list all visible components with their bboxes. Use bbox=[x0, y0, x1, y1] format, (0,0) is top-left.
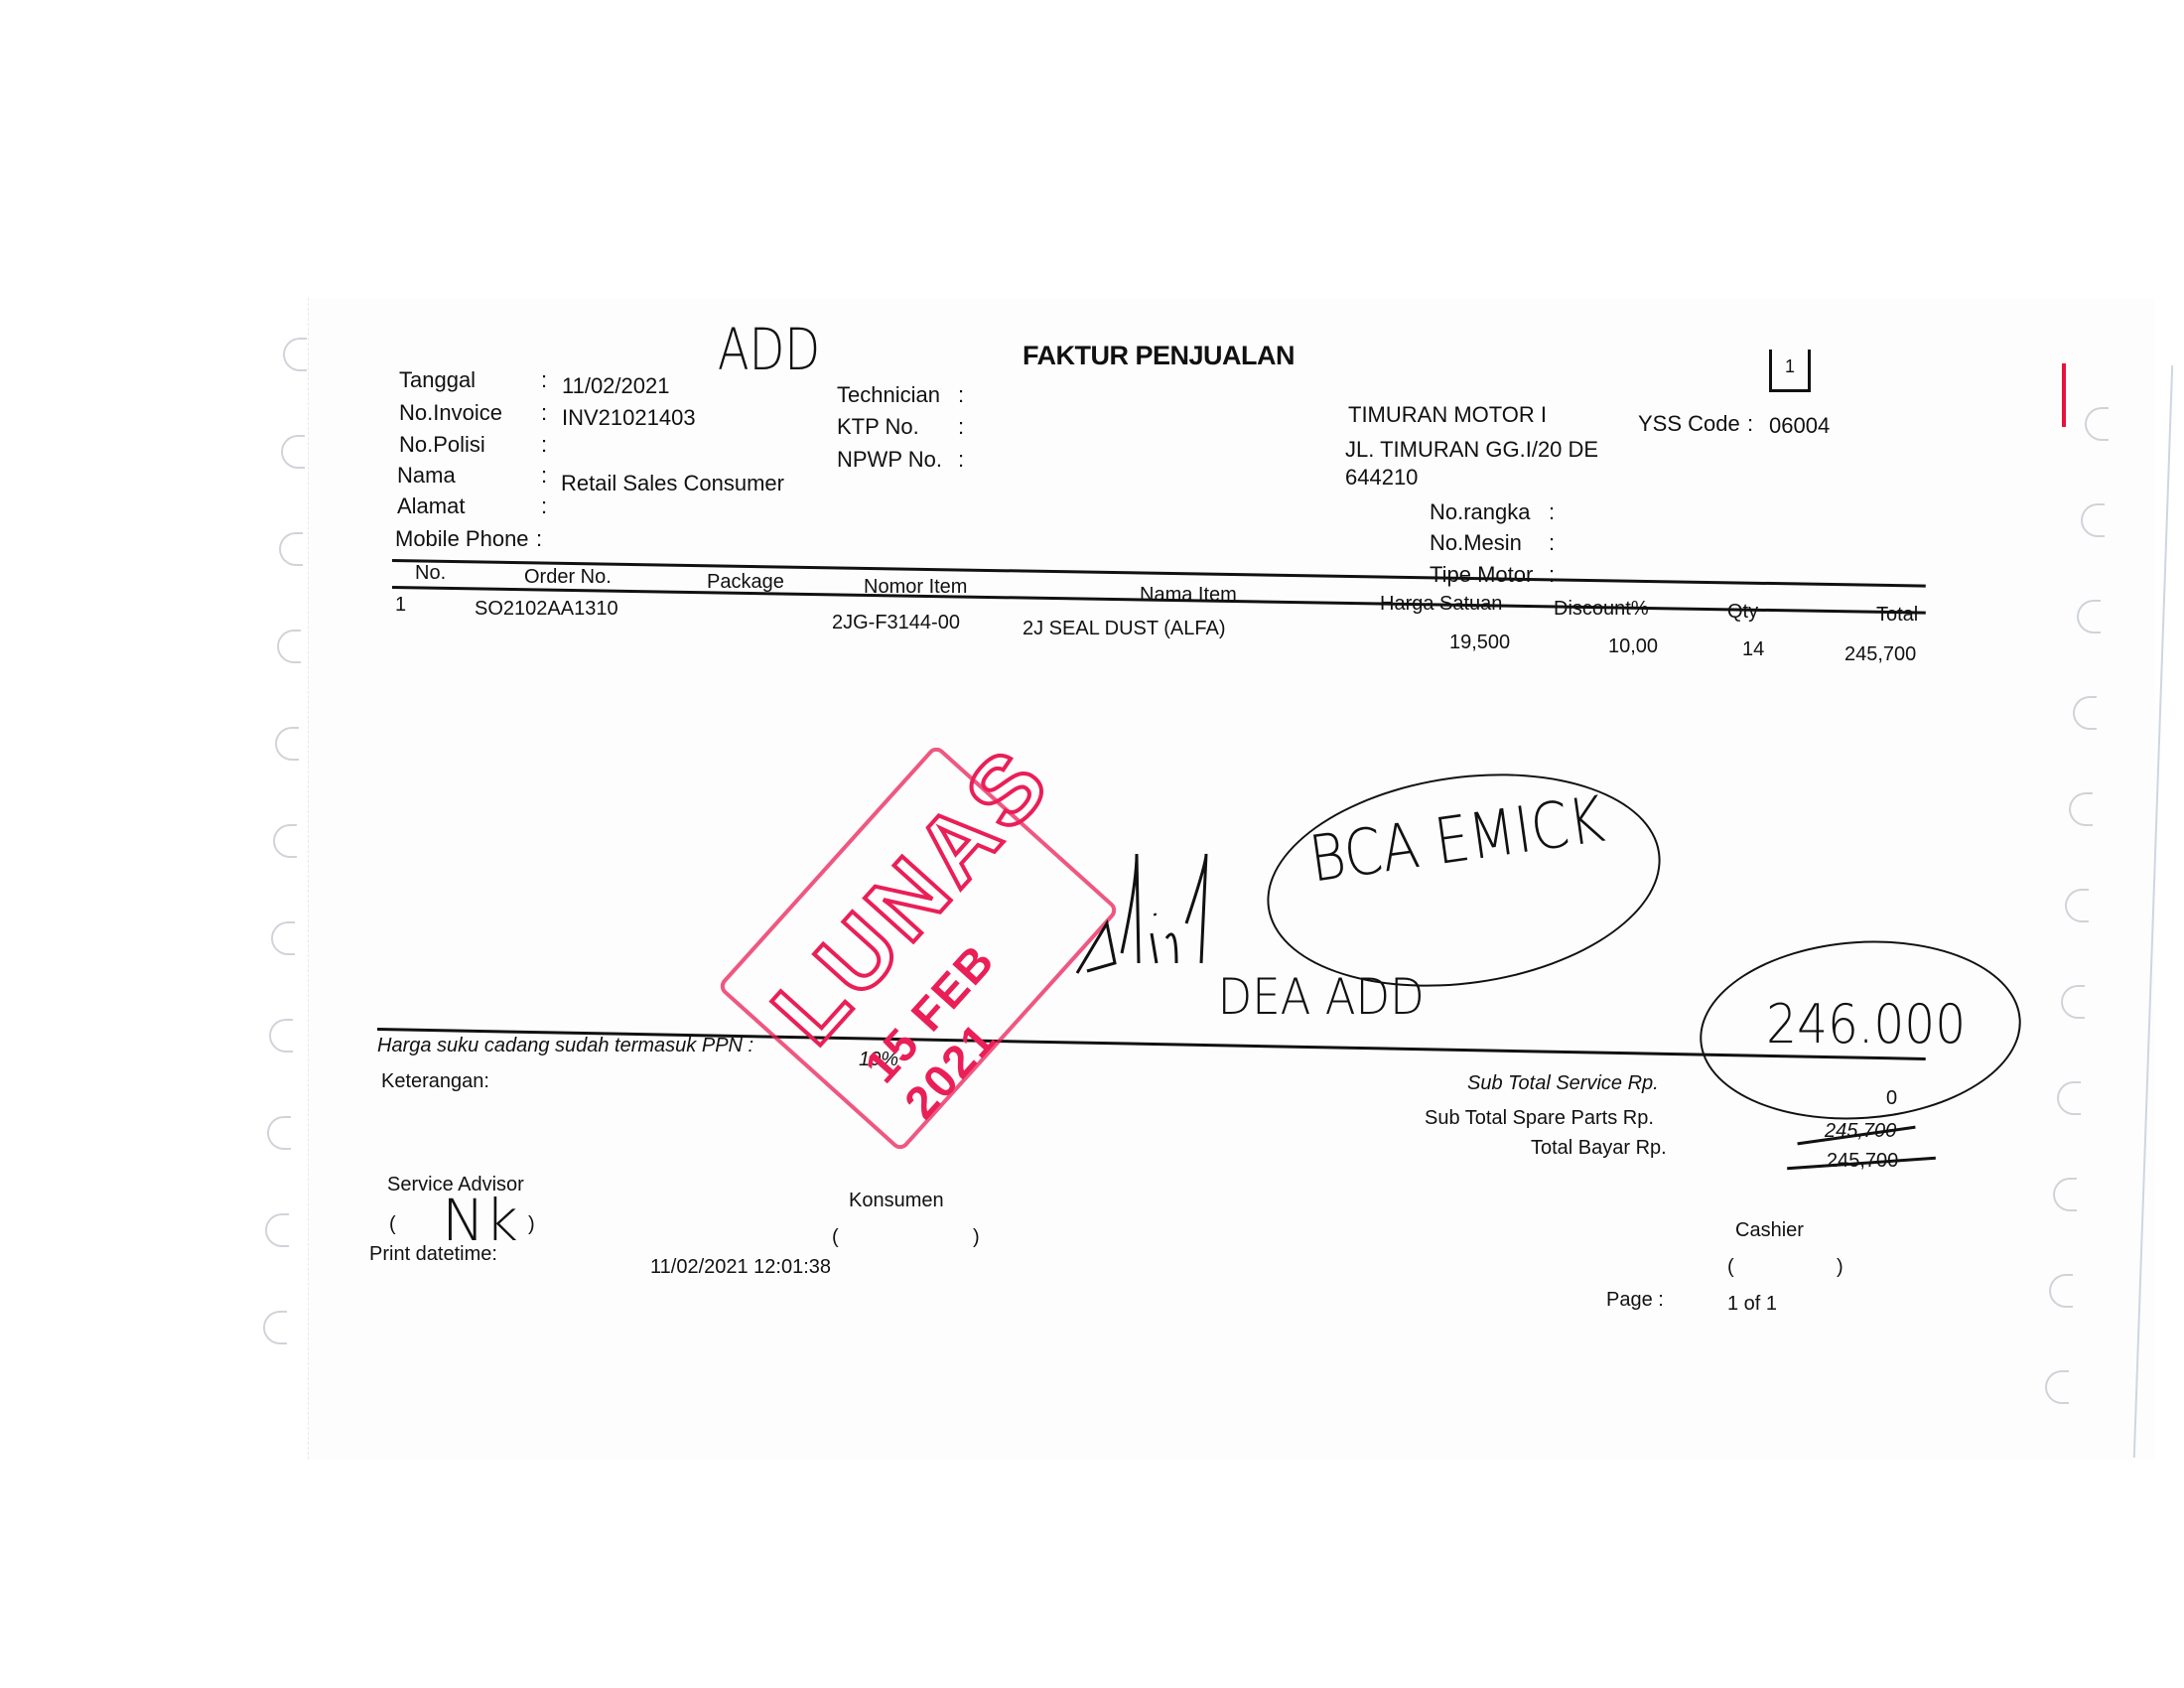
label-npwp-no: NPWP No. bbox=[837, 447, 942, 473]
label-alamat: Alamat bbox=[397, 493, 465, 519]
print-datetime-label: Print datetime: bbox=[369, 1243, 497, 1266]
perforation-hole-icon bbox=[263, 1311, 287, 1344]
perforation-hole-icon bbox=[269, 1019, 293, 1053]
yss-code-label: YSS Code bbox=[1638, 411, 1740, 437]
colon: : bbox=[1549, 562, 1555, 588]
paren: ) bbox=[1837, 1256, 1843, 1279]
cell-total: 245,700 bbox=[1844, 643, 1916, 666]
handwritten-dea-note: DEA ADD bbox=[1218, 968, 1425, 1026]
colon: : bbox=[1549, 530, 1555, 556]
cell-discount: 10,00 bbox=[1608, 635, 1658, 658]
page-label: Page : bbox=[1606, 1289, 1664, 1312]
label-tipe-motor: Tipe Motor bbox=[1430, 562, 1533, 588]
value-nama: Retail Sales Consumer bbox=[561, 471, 784, 496]
label-mobile-phone: Mobile Phone bbox=[395, 526, 529, 552]
handwritten-add-note: ADD bbox=[718, 316, 820, 383]
colon: : bbox=[541, 463, 547, 489]
cell-nomor-item: 2JG-F3144-00 bbox=[832, 612, 960, 634]
sub-total-service-label: Sub Total Service Rp. bbox=[1467, 1072, 1659, 1095]
dealer-address-line2: 644210 bbox=[1345, 465, 1418, 491]
paren: ) bbox=[973, 1226, 980, 1249]
total-bayar-label: Total Bayar Rp. bbox=[1531, 1137, 1667, 1160]
colon: : bbox=[541, 493, 547, 519]
colon: : bbox=[958, 414, 964, 440]
colon: : bbox=[541, 432, 547, 458]
perforation-hole-icon bbox=[271, 921, 295, 955]
colon: : bbox=[1747, 411, 1753, 437]
col-harga-satuan: Harga Satuan bbox=[1380, 593, 1502, 616]
konsumen-label: Konsumen bbox=[849, 1190, 944, 1212]
cell-qty: 14 bbox=[1742, 638, 1764, 661]
keterangan-label: Keterangan: bbox=[381, 1070, 489, 1093]
paren: ( bbox=[1727, 1256, 1734, 1279]
cashier-label: Cashier bbox=[1735, 1219, 1804, 1242]
print-datetime-value: 11/02/2021 12:01:38 bbox=[650, 1256, 831, 1279]
colon: : bbox=[1549, 499, 1555, 525]
cell-no: 1 bbox=[395, 594, 406, 617]
paren: ) bbox=[528, 1213, 535, 1236]
handwritten-total-note: 246.000 bbox=[1766, 993, 1966, 1055]
label-no-polisi: No.Polisi bbox=[399, 432, 485, 458]
ppn-note: Harga suku cadang sudah termasuk PPN : bbox=[377, 1035, 753, 1057]
perforation-hole-icon bbox=[281, 435, 305, 469]
perforation-hole-icon bbox=[265, 1213, 289, 1247]
col-discount: Discount% bbox=[1554, 598, 1649, 621]
col-order-no: Order No. bbox=[524, 566, 612, 589]
colon: : bbox=[536, 526, 542, 552]
cell-harga-satuan: 19,500 bbox=[1449, 632, 1510, 654]
signature-mark bbox=[1067, 844, 1246, 983]
page-value: 1 of 1 bbox=[1727, 1293, 1777, 1316]
perforation-hole-icon bbox=[279, 532, 303, 566]
colon: : bbox=[958, 447, 964, 473]
perforation-hole-icon bbox=[277, 630, 301, 663]
dealer-name: TIMURAN MOTOR I bbox=[1348, 402, 1547, 428]
label-no-invoice: No.Invoice bbox=[399, 400, 502, 426]
colon: : bbox=[541, 367, 547, 393]
paren: ( bbox=[832, 1226, 839, 1249]
dealer-address-line1: JL. TIMURAN GG.I/20 DE bbox=[1345, 437, 1598, 463]
paren: ( bbox=[389, 1213, 396, 1236]
label-ktp-no: KTP No. bbox=[837, 414, 919, 440]
perforation-hole-icon bbox=[267, 1116, 291, 1150]
sub-total-spare-parts-label: Sub Total Spare Parts Rp. bbox=[1425, 1107, 1654, 1130]
label-technician: Technician bbox=[837, 382, 940, 408]
colon: : bbox=[958, 382, 964, 408]
value-no-invoice: INV21021403 bbox=[562, 405, 696, 431]
col-nomor-item: Nomor Item bbox=[864, 576, 967, 599]
document-title: FAKTUR PENJUALAN bbox=[1023, 341, 1295, 371]
cell-order-no: SO2102AA1310 bbox=[475, 598, 618, 621]
label-no-rangka: No.rangka bbox=[1430, 499, 1531, 525]
cell-nama-item: 2J SEAL DUST (ALFA) bbox=[1023, 618, 1226, 640]
copy-number-box: 1 bbox=[1769, 350, 1811, 392]
label-tanggal: Tanggal bbox=[399, 367, 476, 393]
col-package: Package bbox=[707, 571, 784, 594]
label-nama: Nama bbox=[397, 463, 456, 489]
perforation-hole-icon bbox=[275, 727, 299, 761]
col-qty: Qty bbox=[1727, 601, 1758, 624]
col-total: Total bbox=[1876, 604, 1918, 627]
col-no: No. bbox=[415, 562, 446, 585]
red-margin-mark bbox=[2062, 363, 2066, 427]
label-no-mesin: No.Mesin bbox=[1430, 530, 1522, 556]
yss-code-value: 06004 bbox=[1769, 413, 1830, 439]
perforation-hole-icon bbox=[283, 338, 307, 371]
value-tanggal: 11/02/2021 bbox=[562, 373, 669, 399]
colon: : bbox=[541, 400, 547, 426]
col-nama-item: Nama Item bbox=[1140, 584, 1237, 607]
perforation-hole-icon bbox=[273, 824, 297, 858]
